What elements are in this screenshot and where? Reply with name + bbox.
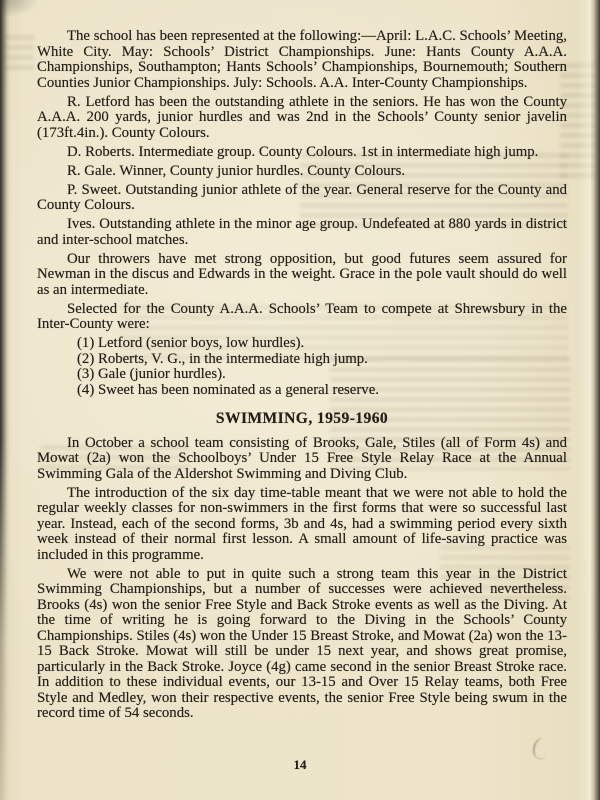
- athletics-paragraph: R. Letford has been the outstanding athl…: [37, 95, 567, 142]
- athletics-paragraph: Ives. Outstanding athlete in the minor a…: [37, 217, 567, 248]
- selection-list-item: (3) Gale (junior hurdles).: [77, 367, 567, 383]
- selection-list-item: (4) Sweet has been nominated as a genera…: [77, 383, 567, 399]
- athletics-paragraph: R. Gale. Winner, County junior hurdles. …: [37, 164, 567, 180]
- selection-list-item: (2) Roberts, V. G., in the intermediate …: [77, 352, 567, 368]
- athletics-paragraph: P. Sweet. Outstanding junior athlete of …: [37, 183, 567, 214]
- swimming-section-heading: SWIMMING, 1959-1960: [37, 411, 567, 427]
- swimming-paragraph: We were not able to put in quite such a …: [37, 567, 567, 722]
- page-content: The school has been represented at the f…: [37, 29, 567, 725]
- swimming-paragraph: In October a school team consisting of B…: [37, 436, 567, 483]
- scanned-page: The school has been represented at the f…: [0, 0, 600, 800]
- athletics-paragraph: D. Roberts. Intermediate group. County C…: [37, 145, 567, 161]
- page-number: 14: [0, 757, 600, 773]
- page-left-shadow: [0, 0, 10, 800]
- swimming-paragraph: The introduction of the six day time-tab…: [37, 486, 567, 564]
- page-right-shadow: [591, 0, 600, 800]
- athletics-paragraph: Our throwers have met strong opposition,…: [37, 252, 567, 299]
- selection-list-item: (1) Letford (senior boys, low hurdles).: [77, 336, 567, 352]
- corner-smudge: [0, 0, 70, 26]
- page-edge-highlight: [577, 0, 591, 800]
- athletics-paragraph: Selected for the County A.A.A. Schools’ …: [37, 302, 567, 333]
- selection-list: (1) Letford (senior boys, low hurdles). …: [37, 336, 567, 398]
- athletics-paragraph: The school has been represented at the f…: [37, 29, 567, 91]
